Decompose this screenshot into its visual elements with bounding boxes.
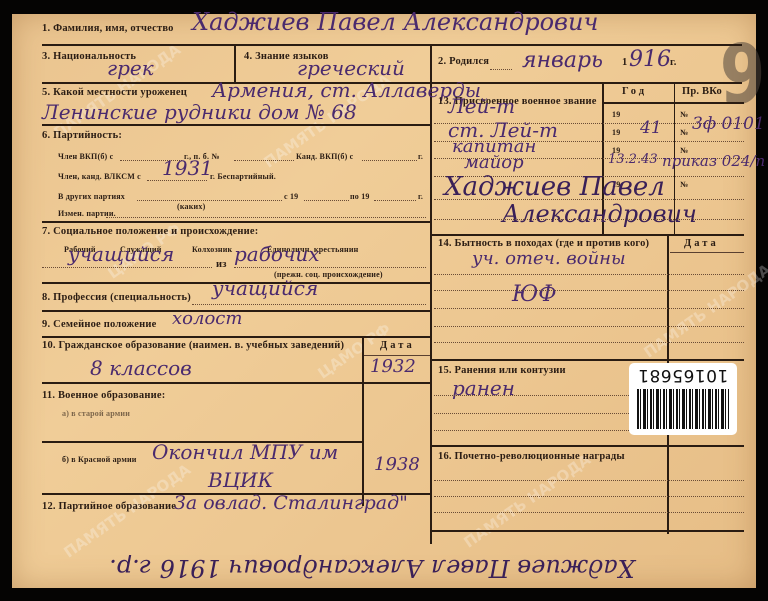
record-card: ПАМЯТЬ НАРОДА ЦАМО РФ ПАМЯТЬ НАРОДА ЦАМО… <box>12 14 756 588</box>
field-13-col-year: Год <box>622 86 647 97</box>
field-11-b-label: б) в Красной армии <box>62 455 137 464</box>
field-2-year-prefix: 1 <box>622 57 627 68</box>
field-14-value-line2: ЮФ <box>512 282 557 307</box>
divider <box>430 530 744 532</box>
divider <box>42 336 430 338</box>
field-6-row1-d: г. <box>418 152 423 161</box>
fill-line <box>434 496 744 497</box>
field-9-value: холост <box>172 308 242 329</box>
field-6-row3-sub: (каких) <box>177 202 205 211</box>
field-15-label: 15. Ранения или контузии <box>438 365 566 376</box>
field-6-row1-a: Член ВКП(б) с <box>58 152 113 161</box>
name-rewrite-line2: Александрович <box>502 200 697 228</box>
fill-line <box>192 304 426 305</box>
fill-line <box>147 180 207 181</box>
field-11-b-date: 1938 <box>374 454 420 475</box>
field-12-label: 12. Партийное образование <box>42 501 176 512</box>
rank-2-order: 3ф 0101 <box>692 114 765 134</box>
fill-line <box>434 342 744 343</box>
field-6-row3-d: г. <box>418 192 423 201</box>
field-2-label: 2. Родился <box>438 56 489 67</box>
fill-line <box>42 267 212 268</box>
barcode-number: 10165681 <box>629 365 737 385</box>
field-6-row3-b: с 19 <box>284 192 298 201</box>
fill-line <box>434 480 744 481</box>
fill-line <box>434 512 744 513</box>
barcode-icon <box>637 389 729 429</box>
footer-inverted-name: Хаджиев Павел Александрович 1916 г.р. <box>72 554 672 582</box>
field-12-value: За овлад. Сталинград" <box>174 492 408 514</box>
field-10-date: 1932 <box>370 356 416 377</box>
divider <box>42 124 430 126</box>
fill-line <box>434 290 744 291</box>
field-7-origin: рабочих <box>234 242 320 266</box>
fill-line <box>434 274 744 275</box>
field-6-row3-c: по 19 <box>350 192 370 201</box>
field-6-row2-b: г. Беспартийный. <box>210 172 276 181</box>
rank-1-year-prefix: 19 <box>612 110 620 119</box>
rank-4-year: 13.2.43 <box>608 152 658 167</box>
field-11-b-value-line2: ВЦИК <box>208 468 273 492</box>
fill-line <box>234 160 294 161</box>
fill-line <box>434 308 744 309</box>
field-11-label: 11. Военное образование: <box>42 390 165 401</box>
field-7-value: учащийся <box>68 242 174 266</box>
field-1-value: Хаджиев Павел Александрович <box>192 8 598 36</box>
field-2-suffix: г. <box>670 57 677 68</box>
barcode-label: 10165681 <box>629 363 737 435</box>
field-9-label: 9. Семейное положение <box>42 319 156 330</box>
divider <box>430 44 432 544</box>
field-6-row2-a: Член, канд. ВЛКСМ с <box>58 172 141 181</box>
field-6-row3-a: В других партиях <box>58 192 125 201</box>
fill-line <box>374 200 416 201</box>
rank-4-order: приказ 024/п <box>662 152 765 170</box>
fill-line <box>234 267 426 268</box>
divider <box>430 359 744 361</box>
field-1-label: 1. Фамилия, имя, отчество <box>42 23 174 34</box>
field-10-date-header: Дата <box>380 340 415 351</box>
divider <box>234 44 236 82</box>
rank-2-year-prefix: 19 <box>612 128 620 137</box>
rank-1: Лей-т <box>448 94 515 118</box>
fill-line <box>434 413 639 414</box>
watermark: ПАМЯТЬ НАРОДА <box>462 452 593 550</box>
field-2-month: январь <box>522 48 603 73</box>
rank-2-year: 41 <box>640 118 662 138</box>
field-5-label: 5. Какой местности уроженец <box>42 87 187 98</box>
fill-line <box>362 160 417 161</box>
divider <box>42 44 742 46</box>
field-6-row1-c: Канд. ВКП(б) с <box>296 152 353 161</box>
field-11-b-value-line1: Окончил МПУ им <box>152 440 338 464</box>
fill-line <box>434 430 639 431</box>
divider <box>604 102 744 104</box>
divider <box>430 445 744 447</box>
fill-line <box>434 395 639 396</box>
field-3-value: грек <box>107 56 154 80</box>
fill-line <box>304 200 349 201</box>
divider <box>362 336 364 506</box>
divider <box>670 252 744 253</box>
stamp-mark: 9 <box>720 28 766 123</box>
field-8-value: учащийся <box>212 276 318 300</box>
field-14-date-header: Дата <box>684 238 719 249</box>
field-13-col-order: Пр. ВКо <box>682 86 722 97</box>
field-7-label: 7. Социальное положение и происхождение: <box>42 226 258 237</box>
field-10-value: 8 классов <box>90 356 192 380</box>
field-8-label: 8. Профессия (специальность) <box>42 292 191 303</box>
divider <box>42 382 430 384</box>
field-11-a-label: а) в старой армии <box>62 409 130 418</box>
field-6-komsomol-year: 1931 <box>162 156 213 180</box>
rank-2-order-prefix: № <box>680 128 688 137</box>
rank-5-order-prefix: № <box>680 180 688 189</box>
rank-4: майор <box>464 152 524 173</box>
field-2-year: 916 <box>629 47 671 72</box>
field-7-option-3: Колхозник <box>192 245 232 254</box>
field-5-value-line2: Ленинские рудники дом № 68 <box>42 100 357 124</box>
fill-line <box>106 217 426 218</box>
fill-line <box>490 69 512 70</box>
watermark: ПАМЯТЬ НАРОДА <box>642 262 768 360</box>
name-rewrite-line1: Хаджиев Павел <box>444 172 665 202</box>
field-10-label: 10. Гражданское образование (наимен. в. … <box>42 340 344 351</box>
field-7-from: из <box>216 259 227 270</box>
fill-line <box>434 219 744 220</box>
fill-line <box>137 200 282 201</box>
field-16-label: 16. Почетно-революционные награды <box>438 451 625 462</box>
field-14-value-line1: уч. отеч. войны <box>472 248 626 269</box>
field-6-label: 6. Партийность: <box>42 130 122 141</box>
fill-line <box>434 326 744 327</box>
field-4-value: греческий <box>297 56 405 80</box>
field-15-value: ранен <box>452 376 515 400</box>
rank-1-order-prefix: № <box>680 110 688 119</box>
divider <box>42 221 430 223</box>
divider <box>430 234 744 236</box>
